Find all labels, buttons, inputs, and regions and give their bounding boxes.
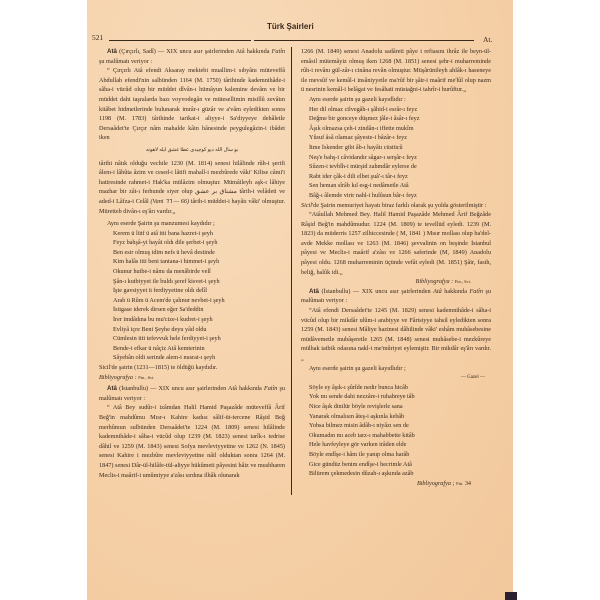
poem-line: Gice gündüz benim endîşe-i hecrimle Atâ <box>309 460 491 470</box>
poem-line: Rabt ider çâk-i dili elbet şuâ'-ı târ-ı … <box>309 172 491 182</box>
left-column: Atâ (Çırçırlı, Sadî) — XIX uncu asır şai… <box>99 47 285 480</box>
book-page: 521 Türk Şairleri At. Atâ (Çırçırlı, Sad… <box>87 0 513 600</box>
poem-line: Her dil olmaz cilvegâh-ı şâhid-i esrâr-ı… <box>309 105 491 115</box>
entry-name: Atâ <box>107 385 117 392</box>
poem-line: Bâğ-ı âlemde virir nahl-i hulûsun bâr-ı … <box>309 191 491 201</box>
poem-line: Sâyebân oldi serinde alem-i nusrat-ı şey… <box>113 353 285 363</box>
bibliography: Bibliyografya ; Ftn. 34 <box>301 479 491 489</box>
poem-line: Ben esir olmuş idim nefs ü hevâ destinde <box>113 248 285 258</box>
entry-quote: “ Atâ Bey sudûr-i izâmdan Halil Hamid Pa… <box>99 403 285 480</box>
poem-line: Yûsuf âsâ olamaz şâyeste-i bâzâr-ı feyz <box>309 133 491 143</box>
column-divider <box>291 47 292 495</box>
entry-quote-continued: târihi nâtık olduğu vechile 1230 (M. 181… <box>99 159 285 217</box>
entry-intro: Atâ (Çırçırlı, Sadî) — XIX uncu asır şai… <box>99 47 285 66</box>
poem-line: Okumadın mı aceb tarz-ı mahabbette kitâb <box>309 431 491 441</box>
entry-quote: “Atâ efendi Dersaâdet'te 1245 (M. 1829) … <box>301 306 491 364</box>
poem-intro: Aynı eserde Şairin şu manzumesi kaydıdır… <box>99 219 285 229</box>
poem-line: İşte gavsiyyet ü ferdiyyetine oldı delîl <box>113 286 285 296</box>
entry-quote-continued: 1266 (M. 1849) senesi Anadolu sadâreti p… <box>301 47 491 95</box>
poem-line: Değme bir gonceye düşmez jâle-i âsâr-ı f… <box>309 114 491 124</box>
poem-line: Yok mı sende dahi nezzâre-i ruhahreye tâ… <box>309 392 491 402</box>
entry-name: Atâ <box>309 288 319 295</box>
entry-name: Atâ <box>107 48 117 55</box>
entry-intro: Atâ (İstanbullu) — XIX uncu asır şairler… <box>301 287 491 306</box>
poem-intro: Aynı eserde şairin şu gazeli kayıdlıdır … <box>301 95 491 105</box>
bibliography: Bibliyografya : Ftn., Sci. <box>301 277 491 287</box>
poem-line: İrer imdâdına bu mu'cize-i kudret-i şeyh <box>113 315 285 325</box>
page-number: 521 <box>92 33 103 42</box>
poem-line: Hele havfeyleye gör varken irâden elde <box>309 440 491 450</box>
entry-quote: “ Çırçırlı Atâ efendi Aksaray mektebi mu… <box>99 66 285 143</box>
running-title: Türk Şairleri <box>267 22 314 31</box>
poem-line: Söyle ey âşık-ı şûrîde nedir bunca hicâb <box>309 383 491 393</box>
poem-line: Okunur hutbe-i nâmı da menâbirde velî <box>113 267 285 277</box>
page-header: 521 Türk Şairleri At. <box>87 0 513 50</box>
source-name: Fatîn <box>470 288 483 295</box>
poem-label: — Gazel — <box>301 373 491 383</box>
bibliography: Bibliyografya : Ftn., Sci. <box>99 373 285 383</box>
poem-line: Âşık olmazsa çeh-i zindân-ı iffette mukî… <box>309 124 491 134</box>
source-name: Fatîn <box>272 48 285 55</box>
header-rule-right <box>254 40 474 41</box>
poem-line: Yohsa bilmez misin âdâb-ı niyâzı sen de <box>309 421 491 431</box>
poem-line: Bende-i efkar ü nâçiz Atâ kemterinin <box>113 344 285 354</box>
entry-intro: Atâ (İstanbullu) — XIX uncu asır şairler… <box>99 384 285 403</box>
poem-line: Şân-ı kutbiyyet ile buldı şeref kisvet-i… <box>113 277 285 287</box>
poem-line: Kerem ü lütf ü atâ itti bana hazret-i şe… <box>113 229 285 239</box>
header-rule-left <box>109 40 251 41</box>
poem-line: Böyle endîşe-i hâm ile yanıp olma harâb <box>309 450 491 460</box>
poem-line: İtme İskender gibi âb-ı hayâtı cüstücû <box>309 143 491 153</box>
poem-line: Nice âşık dinilür böyle revişlerle sana <box>309 402 491 412</box>
right-column: 1266 (M. 1849) senesi Anadolu sadâreti p… <box>301 47 491 488</box>
page-edge-shadow <box>505 592 517 600</box>
poem-line: Evliyâ içre Beni Şeyhe deyu yâd oldu <box>113 325 285 335</box>
poem-line: Yanarak olmalısın âteş-i aşkınla kebâb <box>309 412 491 422</box>
poem: Söyle ey âşık-ı şûrîde nedir bunca hicâb… <box>301 383 491 479</box>
poem-line: Sen heman sîrâb kıl esg-i nedâmetle Atâ <box>309 181 491 191</box>
poem-line: Arab ü Rûm ü Acem'de çalınur nevbet-i şe… <box>113 296 285 306</box>
sicil-note: Sicil'de şairin (1231—1815) te öldüğü ka… <box>99 363 285 373</box>
poem-line: İstigase iderek dirsen eğer Sa'deddin <box>113 305 285 315</box>
poem-line: Neş'e bahş-i câvidandır sâgar-ı serşâr-ı… <box>309 153 491 163</box>
poem-line: Kim halâs itti beni tantana-i himmet-i ş… <box>113 257 285 267</box>
poem-line: Feyz bahşâ-yi hayât oldı dile şerbet-i ş… <box>113 238 285 248</box>
bibliography-page: 34 <box>465 480 471 487</box>
poem-line: Bilürem çekmedesin dûzah-ı aşkında azâb <box>309 469 491 479</box>
poem-intro: Aynı eserde şairin şu gazeli kayıdlıdır … <box>301 364 491 374</box>
section-mark: At. <box>483 35 492 44</box>
sicil-quote: “Atâullah Mehmed Bey. Halil Hamid Paşazâ… <box>301 210 491 277</box>
poem-line: Sûzen-i tevbîh-i mürşid zahmdâr eylerse … <box>309 162 491 172</box>
source-name: Fatîn <box>264 385 277 392</box>
poem-line: Cümlesin itti tefevvuk hele ferdiyyet-i … <box>113 334 285 344</box>
arabic-chronogram: بو سال الله دیو کوچیدی عطا عشق ایله لاهو… <box>99 146 285 156</box>
poem: Her dil olmaz cilvegâh-ı şâhid-i esrâr-ı… <box>301 105 491 201</box>
sicil-note: Sicil'de Şairin memuriyet hayatı biraz f… <box>301 201 491 211</box>
poem: Kerem ü lütf ü atâ itti bana hazret-i şe… <box>99 229 285 363</box>
